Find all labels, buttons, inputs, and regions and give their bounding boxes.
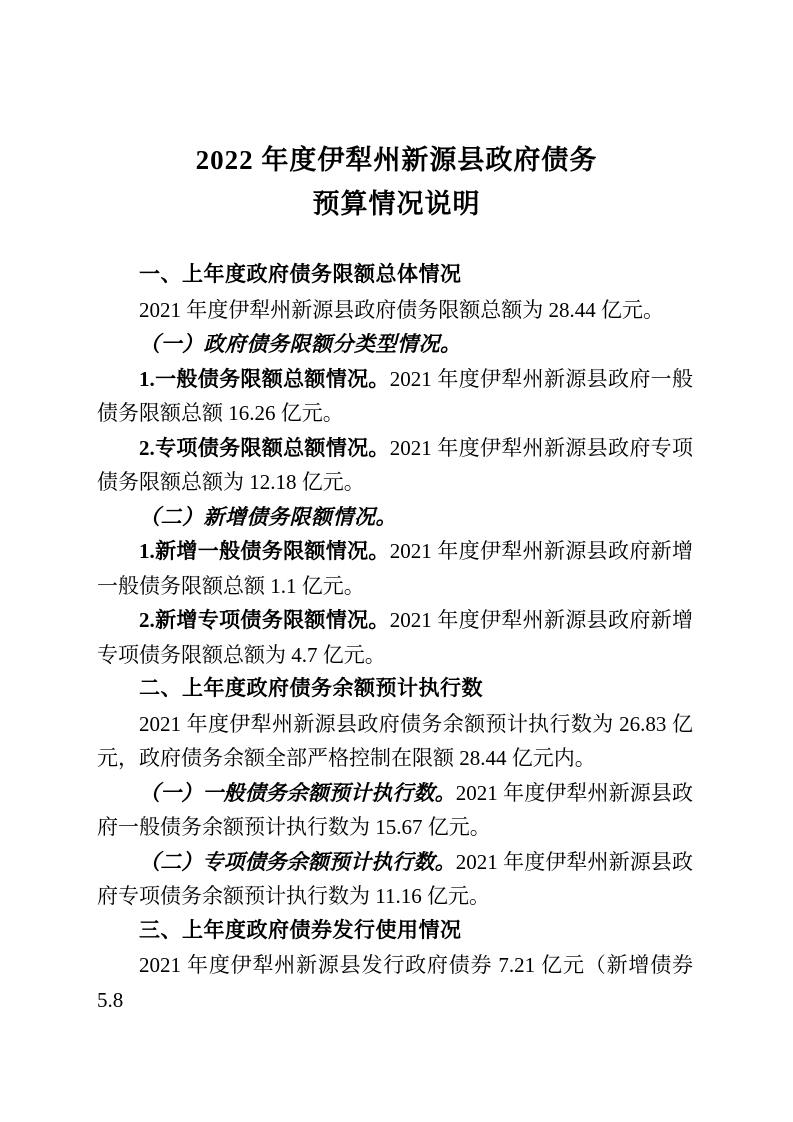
paragraph-lead: 1.一般债务限额总额情况。 xyxy=(139,367,390,391)
paragraph-lead: 2.新增专项债务限额情况。 xyxy=(139,608,390,632)
paragraph-special-balance: （二）专项债务余额预计执行数。2021 年度伊犁州新源县政府专项债务余额预计执行… xyxy=(97,845,693,914)
paragraph-lead: 2.专项债务限额总额情况。 xyxy=(139,436,390,460)
paragraph-lead: 1.新增一般债务限额情况。 xyxy=(139,539,390,563)
subsection-heading-1-2: （二）新增债务限额情况。 xyxy=(97,500,693,535)
paragraph-bond-issuance: 2021 年度伊犁州新源县发行政府债券 7.21 亿元（新增债券 5.8 xyxy=(97,948,693,1017)
paragraph-general-balance: （一）一般债务余额预计执行数。2021 年度伊犁州新源县政府一般债务余额预计执行… xyxy=(97,776,693,845)
paragraph-special-limit: 2.专项债务限额总额情况。2021 年度伊犁州新源县政府专项债务限额总额为 12… xyxy=(97,431,693,500)
document-body: 一、上年度政府债务限额总体情况 2021 年度伊犁州新源县政府债务限额总额为 2… xyxy=(97,258,693,1017)
section-heading-1: 一、上年度政府债务限额总体情况 xyxy=(97,258,693,293)
document-page: 2022 年度伊犁州新源县政府债务 预算情况说明 一、上年度政府债务限额总体情况… xyxy=(0,0,793,1122)
document-title-line-1: 2022 年度伊犁州新源县政府债务 xyxy=(60,138,733,182)
section-heading-2: 二、上年度政府债务余额预计执行数 xyxy=(97,672,693,707)
paragraph-new-general-limit: 1.新增一般债务限额情况。2021 年度伊犁州新源县政府新增一般债务限额总额 1… xyxy=(97,534,693,603)
paragraph-lead: （二）专项债务余额预计执行数。 xyxy=(139,850,456,874)
document-title-line-2: 预算情况说明 xyxy=(60,182,733,226)
section-heading-3: 三、上年度政府债券发行使用情况 xyxy=(97,914,693,949)
subsection-heading-1-1: （一）政府债务限额分类型情况。 xyxy=(97,327,693,362)
paragraph-limit-total: 2021 年度伊犁州新源县政府债务限额总额为 28.44 亿元。 xyxy=(97,293,693,328)
document-title: 2022 年度伊犁州新源县政府债务 预算情况说明 xyxy=(60,138,733,226)
paragraph-lead: （一）一般债务余额预计执行数。 xyxy=(139,781,456,805)
paragraph-balance-estimate: 2021 年度伊犁州新源县政府债务余额预计执行数为 26.83 亿元，政府债务余… xyxy=(97,707,693,776)
paragraph-new-special-limit: 2.新增专项债务限额情况。2021 年度伊犁州新源县政府新增专项债务限额总额为 … xyxy=(97,603,693,672)
paragraph-general-limit: 1.一般债务限额总额情况。2021 年度伊犁州新源县政府一般债务限额总额 16.… xyxy=(97,362,693,431)
